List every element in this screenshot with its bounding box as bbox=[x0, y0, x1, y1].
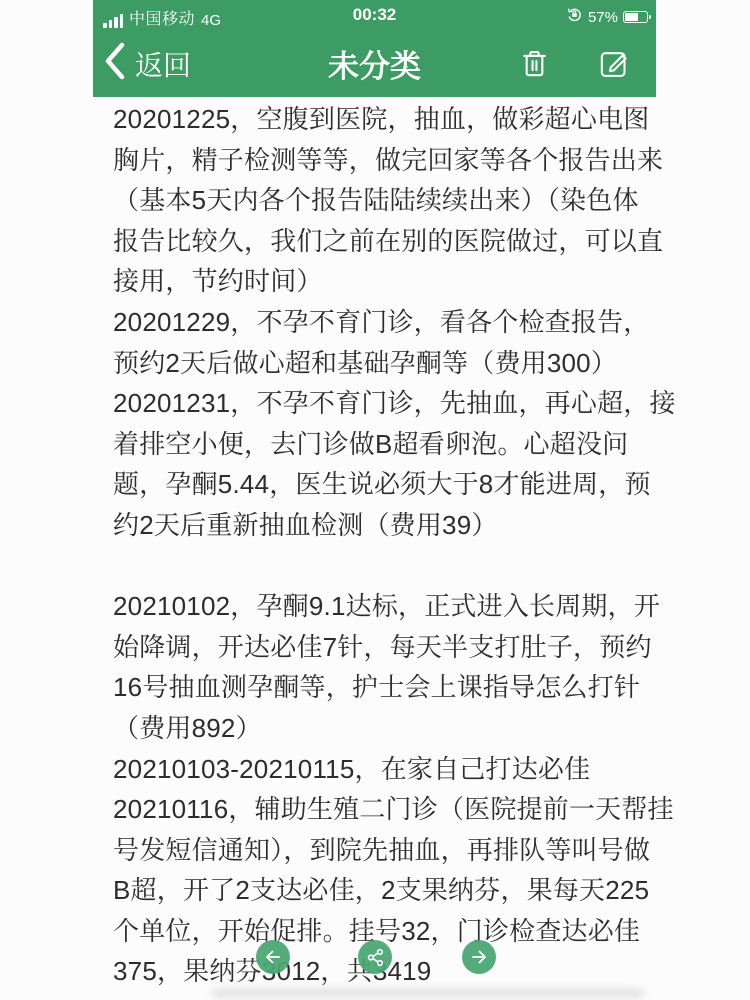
share-button[interactable] bbox=[358, 940, 392, 974]
note-line: B超，开了2支达必佳，2支果纳芬，果每天225 bbox=[113, 870, 656, 911]
status-left: 中国移动 4G bbox=[103, 6, 221, 29]
note-line: 20210102，孕酮9.1达标，正式进入长周期，开 bbox=[113, 586, 656, 627]
trash-icon[interactable] bbox=[518, 47, 551, 80]
note-line: 预约2天后做心超和基础孕酮等（费用300） bbox=[113, 343, 656, 384]
signal-strength-icon bbox=[103, 15, 123, 29]
next-note-button[interactable] bbox=[462, 940, 496, 974]
note-line: （费用892） bbox=[113, 708, 656, 749]
compose-icon[interactable] bbox=[597, 47, 630, 80]
battery-percent-label: 57% bbox=[588, 9, 618, 26]
note-line: 20201229，不孕不育门诊，看各个检查报告， bbox=[113, 302, 656, 343]
carrier-label: 中国移动 bbox=[129, 6, 195, 29]
share-icon bbox=[366, 948, 385, 967]
note-line: 约2天后重新抽血检测（费用39） bbox=[113, 505, 656, 546]
note-line: 接用，节约时间） bbox=[113, 261, 656, 302]
network-type-label: 4G bbox=[201, 12, 221, 29]
note-line: 号发短信通知），到院先抽血，再排队等叫号做 bbox=[113, 830, 656, 871]
note-line: 20210116，辅助生殖二门诊（医院提前一天帮挂 bbox=[113, 789, 656, 830]
note-line-blank bbox=[113, 546, 656, 587]
note-content[interactable]: 20201225，空腹到医院，抽血，做彩超心电图 胸片，精子检测等等，做完回家等… bbox=[93, 97, 656, 1000]
note-line: 20210103-20210115，在家自己打达必佳 bbox=[113, 749, 656, 790]
note-line: 胸片，精子检测等等，做完回家等各个报告出来 bbox=[113, 140, 656, 181]
note-line: 20201231，不孕不育门诊，先抽血，再心超，接 bbox=[113, 383, 656, 424]
back-button-label: 返回 bbox=[135, 44, 191, 84]
status-bar: 中国移动 4G 00:32 57% bbox=[93, 0, 656, 30]
note-line: 始降调，开达必佳7针，每天半支打肚子，预约 bbox=[113, 627, 656, 668]
nav-actions bbox=[518, 47, 630, 80]
cutoff-text-remnant bbox=[212, 988, 644, 998]
arrow-right-icon bbox=[469, 947, 489, 967]
chevron-left-icon bbox=[103, 41, 127, 86]
note-line: 报告比较久，我们之前在别的医院做过，可以直 bbox=[113, 221, 656, 262]
arrow-left-icon bbox=[263, 947, 283, 967]
battery-icon bbox=[623, 11, 648, 23]
nav-bar: 返回 未分类 bbox=[93, 30, 656, 97]
orientation-lock-icon bbox=[566, 6, 583, 28]
note-line: 着排空小便，去门诊做B超看卵泡。心超没问 bbox=[113, 424, 656, 465]
note-line: 16号抽血测孕酮等，护士会上课指导怎么打针 bbox=[113, 667, 656, 708]
status-right: 57% bbox=[566, 6, 648, 28]
note-line: （基本5天内各个报告陆陆续续出来）（染色体 bbox=[113, 180, 656, 221]
note-line: 题，孕酮5.44，医生说必须大于8才能进周，预 bbox=[113, 464, 656, 505]
note-line: 20201225，空腹到医院，抽血，做彩超心电图 bbox=[113, 99, 656, 140]
previous-note-button[interactable] bbox=[256, 940, 290, 974]
back-button[interactable]: 返回 bbox=[103, 41, 191, 86]
app-header: 中国移动 4G 00:32 57% bbox=[93, 0, 656, 97]
